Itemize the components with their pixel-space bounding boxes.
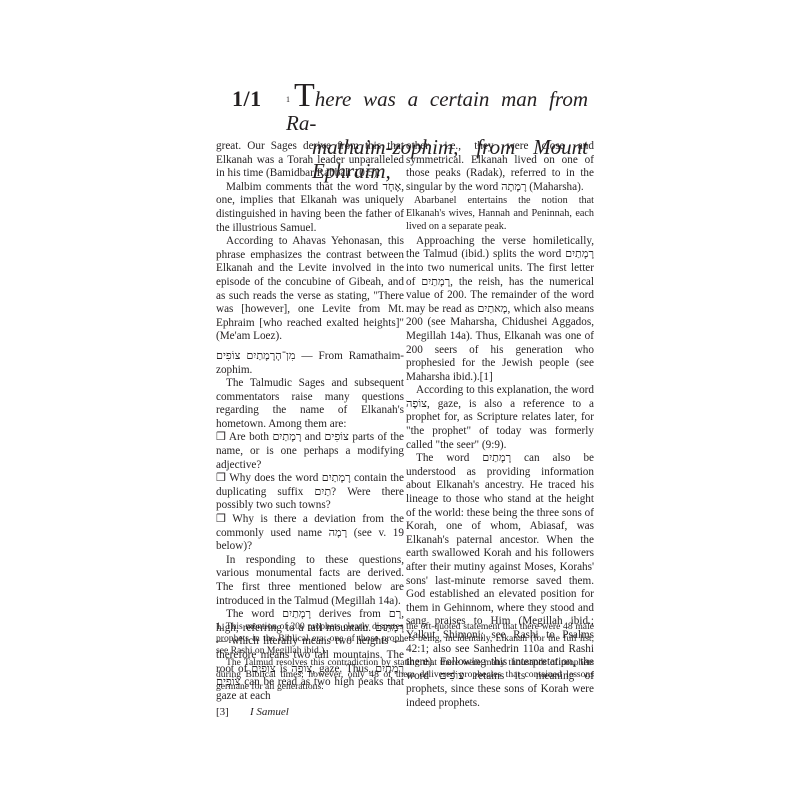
commentary-paragraph: According to this explanation, the word … (406, 384, 594, 452)
drop-cap: T (294, 77, 315, 114)
commentary-paragraph: other, i.e., they were close and symmetr… (406, 140, 594, 194)
question-item: ❒ Why does the word רָמָתַיִם contain th… (216, 472, 404, 513)
commentary-paragraph: great. Our Sages derive from this that E… (216, 140, 404, 181)
commentary-paragraph: According to Ahavas Yehonasan, this phra… (216, 235, 404, 344)
page-number: [3] (216, 706, 229, 718)
verse-number: 1 (286, 95, 290, 104)
commentary-paragraph: Approaching the verse homiletically, the… (406, 235, 594, 385)
footnote-1-continued: The Talmud resolves this contradiction b… (216, 657, 594, 693)
commentary-note: Abarbanel entertains the notion that Elk… (406, 195, 594, 233)
question-item: ❒ Why is there a deviation from the comm… (216, 513, 404, 554)
book-page: 1/1 1There was a certain man from Ra- ma… (0, 0, 800, 800)
question-item: ❒ Are both רָמָתַיִם and צוֹפִים parts o… (216, 431, 404, 472)
running-head: I Samuel (250, 706, 289, 718)
commentary-paragraph: The Talmudic Sages and subsequent commen… (216, 377, 404, 431)
commentary-paragraph: In responding to these questions, variou… (216, 554, 404, 608)
verse-line-1: 1There was a certain man from Ra- (286, 86, 588, 135)
commentary-paragraph: Malbim comments that the word אֶחָד, one… (216, 181, 404, 235)
verse-line-1-text: here was a certain man from Ra- (286, 87, 588, 135)
lemma-heading: מִן־הָרָמָתַיִם צוֹפִים — From Ramathaim… (216, 350, 404, 377)
commentary-left-column: great. Our Sages derive from this that E… (216, 140, 404, 703)
chapter-verse-marker: 1/1 (232, 86, 262, 112)
footnotes: 1. This mention of 200 prophets clearly … (216, 621, 594, 693)
footnote-1: 1. This mention of 200 prophets clearly … (216, 621, 594, 657)
